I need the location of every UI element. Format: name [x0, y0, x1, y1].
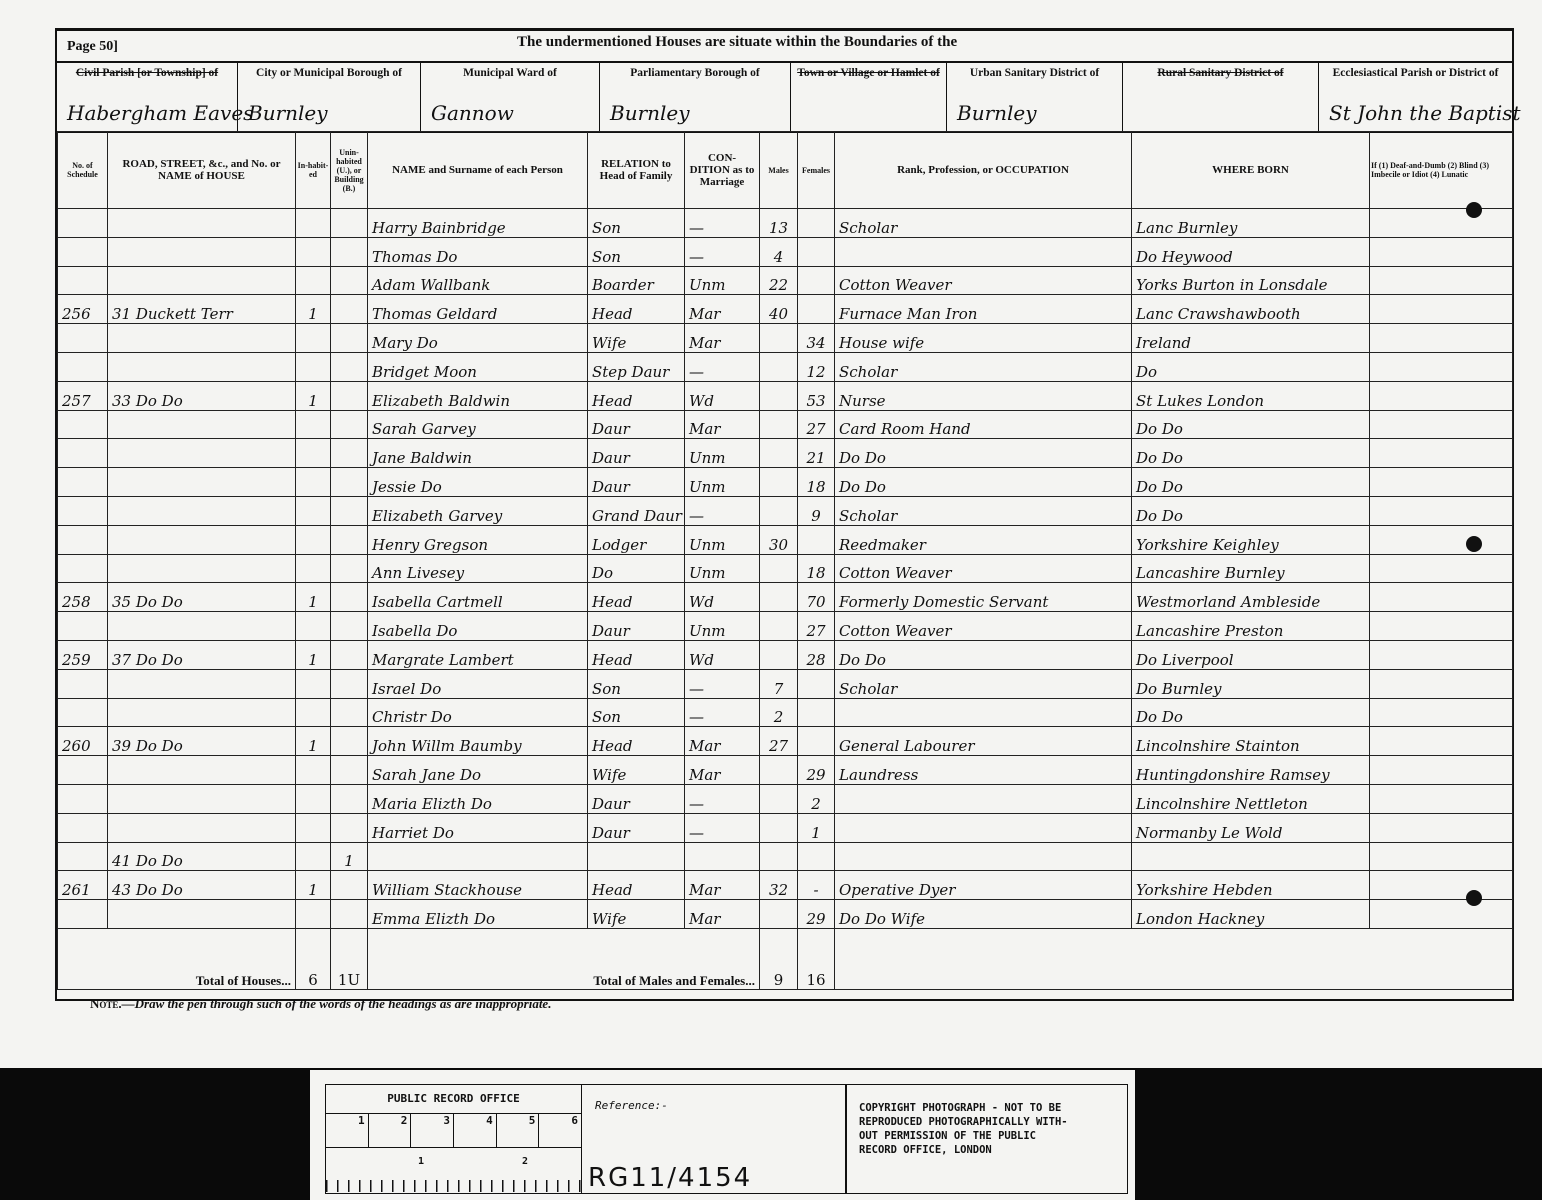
- ink-blot-icon: [1466, 202, 1482, 218]
- cell-schedule: 258: [58, 583, 108, 612]
- cell-person-name: [368, 842, 588, 871]
- cell-condition: Mar: [685, 756, 760, 785]
- cell-age-male: 2: [760, 698, 798, 727]
- cell-where-born: St Lukes London: [1132, 381, 1370, 410]
- cell-where-born: Do Heywood: [1132, 237, 1370, 266]
- cell-occupation: Do Do: [835, 468, 1132, 497]
- cell-age-male: [760, 612, 798, 641]
- cell-occupation: Scholar: [835, 352, 1132, 381]
- cell-relation: Head: [588, 583, 685, 612]
- cell-schedule: [58, 698, 108, 727]
- table-row: 26143 Do Do1William StackhouseHeadMar32-…: [58, 871, 1513, 900]
- cell-uninhabited: [331, 813, 368, 842]
- cell-schedule: [58, 496, 108, 525]
- scale-numbers: 1 2 3 4 5 6: [326, 1114, 581, 1148]
- cell-person-name: Emma Elizth Do: [368, 900, 588, 929]
- cell-person-name: Jane Baldwin: [368, 439, 588, 468]
- cell-age-female: -: [798, 871, 835, 900]
- cell-schedule: [58, 669, 108, 698]
- cell-where-born: Lanc Burnley: [1132, 209, 1370, 238]
- cell-schedule: [58, 439, 108, 468]
- ink-blot-icon: [1466, 890, 1482, 906]
- cell-age-male: [760, 410, 798, 439]
- cell-where-born: Do Do: [1132, 439, 1370, 468]
- cell-infirmity: [1370, 295, 1513, 324]
- cell-person-name: Mary Do: [368, 324, 588, 353]
- cell-schedule: 256: [58, 295, 108, 324]
- cell-age-female: 29: [798, 900, 835, 929]
- cell-where-born: London Hackney: [1132, 900, 1370, 929]
- col-inhabited: In-habit-ed: [296, 132, 331, 209]
- cell-where-born: Do Burnley: [1132, 669, 1370, 698]
- cell-infirmity: [1370, 813, 1513, 842]
- col-occupation: Rank, Profession, or OCCUPATION: [835, 132, 1132, 209]
- cell-inhabited: [296, 669, 331, 698]
- cell-occupation: Formerly Domestic Servant: [835, 583, 1132, 612]
- cell-uninhabited: [331, 381, 368, 410]
- table-row: 25733 Do Do1Elizabeth BaldwinHeadWd53Nur…: [58, 381, 1513, 410]
- cell-age-female: 18: [798, 468, 835, 497]
- cell-road: [108, 900, 296, 929]
- cell-relation: [588, 842, 685, 871]
- table-row: Sarah Jane DoWifeMar29LaundressHuntingdo…: [58, 756, 1513, 785]
- cell-condition: Mar: [685, 871, 760, 900]
- cell-age-female: [798, 669, 835, 698]
- cell-person-name: Ann Livesey: [368, 554, 588, 583]
- footnote: Note.—Draw the pen through such of the w…: [90, 996, 551, 1012]
- cell-age-male: [760, 381, 798, 410]
- cell-occupation: Scholar: [835, 209, 1132, 238]
- cell-age-male: [760, 900, 798, 929]
- cell-uninhabited: [331, 612, 368, 641]
- cell-inhabited: [296, 756, 331, 785]
- cell-infirmity: [1370, 871, 1513, 900]
- area-municipal-ward: Municipal Ward of Gannow: [421, 61, 600, 131]
- table-row: Israel DoSon—7ScholarDo Burnley: [58, 669, 1513, 698]
- cell-uninhabited: [331, 640, 368, 669]
- cell-age-male: [760, 813, 798, 842]
- cell-road: [108, 439, 296, 468]
- cell-uninhabited: [331, 900, 368, 929]
- cell-where-born: Do Do: [1132, 698, 1370, 727]
- total-males: 9: [760, 928, 798, 989]
- cell-inhabited: [296, 324, 331, 353]
- cell-uninhabited: [331, 525, 368, 554]
- ink-blot-icon: [1466, 536, 1482, 552]
- col-females: Females: [798, 132, 835, 209]
- cell-relation: Son: [588, 698, 685, 727]
- cell-infirmity: [1370, 727, 1513, 756]
- cell-uninhabited: [331, 468, 368, 497]
- area-urban-sanitary: Urban Sanitary District of Burnley: [947, 61, 1123, 131]
- col-males: Males: [760, 132, 798, 209]
- cell-condition: Mar: [685, 727, 760, 756]
- cell-where-born: Do: [1132, 352, 1370, 381]
- cell-infirmity: [1370, 496, 1513, 525]
- cell-person-name: Sarah Jane Do: [368, 756, 588, 785]
- cell-infirmity: [1370, 266, 1513, 295]
- cell-schedule: [58, 468, 108, 497]
- cell-inhabited: 1: [296, 295, 331, 324]
- cell-uninhabited: [331, 410, 368, 439]
- col-infirmity: If (1) Deaf-and-Dumb (2) Blind (3) Imbec…: [1370, 132, 1513, 209]
- cell-person-name: William Stackhouse: [368, 871, 588, 900]
- table-row: Isabella DoDaurUnm27Cotton WeaverLancash…: [58, 612, 1513, 641]
- total-houses-label: Total of Houses...: [58, 928, 296, 989]
- cell-relation: Son: [588, 669, 685, 698]
- table-row: Ann LiveseyDoUnm18Cotton WeaverLancashir…: [58, 554, 1513, 583]
- cell-schedule: [58, 612, 108, 641]
- cell-age-female: 2: [798, 784, 835, 813]
- cell-occupation: [835, 237, 1132, 266]
- cell-relation: Wife: [588, 324, 685, 353]
- cell-schedule: [58, 900, 108, 929]
- cell-where-born: Lanc Crawshawbooth: [1132, 295, 1370, 324]
- cell-uninhabited: [331, 209, 368, 238]
- cell-where-born: Westmorland Ambleside: [1132, 583, 1370, 612]
- cell-schedule: [58, 842, 108, 871]
- cell-schedule: 261: [58, 871, 108, 900]
- cell-occupation: Nurse: [835, 381, 1132, 410]
- page-number: Page 50]: [67, 39, 118, 55]
- table-row: 41 Do Do1: [58, 842, 1513, 871]
- cell-age-female: 21: [798, 439, 835, 468]
- table-row: Henry GregsonLodgerUnm30ReedmakerYorkshi…: [58, 525, 1513, 554]
- cell-where-born: Ireland: [1132, 324, 1370, 353]
- cell-infirmity: [1370, 842, 1513, 871]
- cell-road: [108, 756, 296, 785]
- cell-inhabited: 1: [296, 583, 331, 612]
- cell-age-female: 27: [798, 410, 835, 439]
- col-relation: RELATION to Head of Family: [588, 132, 685, 209]
- cell-person-name: Harry Bainbridge: [368, 209, 588, 238]
- cell-road: [108, 496, 296, 525]
- cell-uninhabited: [331, 583, 368, 612]
- cell-occupation: Scholar: [835, 669, 1132, 698]
- cell-where-born: Do Do: [1132, 468, 1370, 497]
- cell-uninhabited: 1: [331, 842, 368, 871]
- cell-condition: Wd: [685, 381, 760, 410]
- cell-inhabited: [296, 352, 331, 381]
- cell-occupation: Do Do: [835, 640, 1132, 669]
- ruler-scale: 1 2: [326, 1148, 581, 1192]
- cell-road: 35 Do Do: [108, 583, 296, 612]
- cell-inhabited: [296, 842, 331, 871]
- cell-person-name: Adam Wallbank: [368, 266, 588, 295]
- cell-uninhabited: [331, 237, 368, 266]
- cell-condition: Unm: [685, 554, 760, 583]
- cell-road: [108, 669, 296, 698]
- cell-age-male: 22: [760, 266, 798, 295]
- cell-uninhabited: [331, 496, 368, 525]
- cell-condition: Unm: [685, 612, 760, 641]
- cell-inhabited: 1: [296, 381, 331, 410]
- cell-infirmity: [1370, 468, 1513, 497]
- cell-inhabited: [296, 813, 331, 842]
- cell-condition: Wd: [685, 640, 760, 669]
- total-females: 16: [798, 928, 835, 989]
- copyright-notice: COPYRIGHT PHOTOGRAPH - NOT TO BE REPRODU…: [845, 1084, 1128, 1194]
- cell-age-male: 7: [760, 669, 798, 698]
- cell-age-female: 12: [798, 352, 835, 381]
- reference-box: Reference:- RG11/4154: [580, 1084, 846, 1194]
- cell-infirmity: [1370, 640, 1513, 669]
- cell-inhabited: [296, 237, 331, 266]
- cell-age-male: [760, 496, 798, 525]
- cell-inhabited: [296, 468, 331, 497]
- page-title: The undermentioned Houses are situate wi…: [517, 34, 957, 51]
- cell-age-female: [798, 295, 835, 324]
- cell-where-born: Normanby Le Wold: [1132, 813, 1370, 842]
- census-sheet: Page 50] The undermentioned Houses are s…: [55, 28, 1514, 1001]
- cell-person-name: Elizabeth Garvey: [368, 496, 588, 525]
- cell-person-name: John Willm Baumby: [368, 727, 588, 756]
- table-row: Adam WallbankBoarderUnm22Cotton WeaverYo…: [58, 266, 1513, 295]
- cell-person-name: Margrate Lambert: [368, 640, 588, 669]
- cell-occupation: House wife: [835, 324, 1132, 353]
- cell-road: [108, 554, 296, 583]
- table-row: Thomas DoSon—4Do Heywood: [58, 237, 1513, 266]
- table-row: Mary DoWifeMar34House wifeIreland: [58, 324, 1513, 353]
- cell-relation: Wife: [588, 756, 685, 785]
- cell-infirmity: [1370, 583, 1513, 612]
- table-header: No. of Schedule ROAD, STREET, &c., and N…: [58, 132, 1513, 209]
- cell-age-female: 1: [798, 813, 835, 842]
- cell-condition: [685, 842, 760, 871]
- table-row: Harriet DoDaur—1Normanby Le Wold: [58, 813, 1513, 842]
- col-name: NAME and Surname of each Person: [368, 132, 588, 209]
- cell-infirmity: [1370, 352, 1513, 381]
- cell-schedule: [58, 756, 108, 785]
- cell-relation: Wife: [588, 900, 685, 929]
- cell-road: 43 Do Do: [108, 871, 296, 900]
- cell-age-female: 70: [798, 583, 835, 612]
- cell-uninhabited: [331, 756, 368, 785]
- cell-uninhabited: [331, 727, 368, 756]
- cell-road: [108, 266, 296, 295]
- cell-inhabited: [296, 784, 331, 813]
- cell-age-female: 29: [798, 756, 835, 785]
- cell-infirmity: [1370, 612, 1513, 641]
- cell-age-female: 18: [798, 554, 835, 583]
- cell-where-born: Lincolnshire Nettleton: [1132, 784, 1370, 813]
- cell-inhabited: 1: [296, 640, 331, 669]
- cell-age-female: 27: [798, 612, 835, 641]
- cell-infirmity: [1370, 900, 1513, 929]
- cell-inhabited: [296, 209, 331, 238]
- cell-relation: Daur: [588, 468, 685, 497]
- cell-age-male: [760, 554, 798, 583]
- cell-occupation: Operative Dyer: [835, 871, 1132, 900]
- table-row: 25835 Do Do1Isabella CartmellHeadWd70For…: [58, 583, 1513, 612]
- cell-relation: Son: [588, 237, 685, 266]
- cell-age-male: [760, 468, 798, 497]
- table-row: 26039 Do Do1John Willm BaumbyHeadMar27Ge…: [58, 727, 1513, 756]
- cell-occupation: Cotton Weaver: [835, 612, 1132, 641]
- cell-occupation: Cotton Weaver: [835, 266, 1132, 295]
- public-record-office-box: PUBLIC RECORD OFFICE 1 2 3 4 5 6 1 2: [325, 1084, 582, 1194]
- cell-road: 39 Do Do: [108, 727, 296, 756]
- cell-age-male: [760, 439, 798, 468]
- cell-road: [108, 352, 296, 381]
- cell-condition: —: [685, 209, 760, 238]
- cell-condition: Unm: [685, 468, 760, 497]
- cell-condition: —: [685, 784, 760, 813]
- cell-where-born: Yorkshire Hebden: [1132, 871, 1370, 900]
- cell-schedule: [58, 525, 108, 554]
- cell-age-female: 28: [798, 640, 835, 669]
- cell-infirmity: [1370, 439, 1513, 468]
- area-ecclesiastical-parish: Ecclesiastical Parish or District of St …: [1319, 61, 1512, 131]
- cell-age-male: [760, 352, 798, 381]
- table-row: Maria Elizth DoDaur—2Lincolnshire Nettle…: [58, 784, 1513, 813]
- cell-condition: —: [685, 237, 760, 266]
- cell-relation: Do: [588, 554, 685, 583]
- table-row: Jessie DoDaurUnm18Do DoDo Do: [58, 468, 1513, 497]
- reference-number: RG11/4154: [588, 1163, 752, 1193]
- cell-infirmity: [1370, 525, 1513, 554]
- cell-where-born: Yorkshire Keighley: [1132, 525, 1370, 554]
- cell-schedule: [58, 784, 108, 813]
- total-persons-label: Total of Males and Females...: [368, 928, 760, 989]
- cell-road: 31 Duckett Terr: [108, 295, 296, 324]
- total-inhabited: 6: [296, 928, 331, 989]
- col-road: ROAD, STREET, &c., and No. or NAME of HO…: [108, 132, 296, 209]
- cell-age-female: [798, 727, 835, 756]
- cell-condition: Mar: [685, 295, 760, 324]
- cell-relation: Boarder: [588, 266, 685, 295]
- cell-person-name: Sarah Garvey: [368, 410, 588, 439]
- cell-age-female: [798, 237, 835, 266]
- cell-occupation: Card Room Hand: [835, 410, 1132, 439]
- col-schedule: No. of Schedule: [58, 132, 108, 209]
- cell-age-female: 9: [798, 496, 835, 525]
- cell-relation: Head: [588, 640, 685, 669]
- cell-schedule: [58, 352, 108, 381]
- cell-person-name: Israel Do: [368, 669, 588, 698]
- cell-infirmity: [1370, 324, 1513, 353]
- cell-uninhabited: [331, 324, 368, 353]
- cell-uninhabited: [331, 439, 368, 468]
- cell-relation: Daur: [588, 784, 685, 813]
- table-row: Emma Elizth DoWifeMar29Do Do WifeLondon …: [58, 900, 1513, 929]
- cell-condition: Mar: [685, 900, 760, 929]
- cell-age-male: 40: [760, 295, 798, 324]
- cell-where-born: Do Do: [1132, 496, 1370, 525]
- cell-relation: Lodger: [588, 525, 685, 554]
- col-condition: CON-DITION as to Marriage: [685, 132, 760, 209]
- cell-infirmity: [1370, 381, 1513, 410]
- cell-where-born: Do Liverpool: [1132, 640, 1370, 669]
- cell-road: 37 Do Do: [108, 640, 296, 669]
- cell-relation: Grand Daur: [588, 496, 685, 525]
- table-row: Sarah GarveyDaurMar27Card Room HandDo Do: [58, 410, 1513, 439]
- cell-inhabited: [296, 439, 331, 468]
- cell-uninhabited: [331, 669, 368, 698]
- cell-infirmity: [1370, 784, 1513, 813]
- cell-schedule: [58, 554, 108, 583]
- cell-inhabited: [296, 410, 331, 439]
- area-town-village: Town or Village or Hamlet of: [791, 61, 947, 131]
- cell-schedule: [58, 266, 108, 295]
- cell-relation: Head: [588, 295, 685, 324]
- cell-schedule: 257: [58, 381, 108, 410]
- table-row: Christr DoSon—2Do Do: [58, 698, 1513, 727]
- cell-road: [108, 209, 296, 238]
- table-row: Elizabeth GarveyGrand Daur—9ScholarDo Do: [58, 496, 1513, 525]
- table-row: 25631 Duckett Terr1Thomas GeldardHeadMar…: [58, 295, 1513, 324]
- cell-uninhabited: [331, 784, 368, 813]
- cell-occupation: Do Do Wife: [835, 900, 1132, 929]
- cell-person-name: Isabella Cartmell: [368, 583, 588, 612]
- cell-road: [108, 784, 296, 813]
- totals-row: Total of Houses... 6 1U Total of Males a…: [58, 928, 1513, 989]
- cell-age-male: 32: [760, 871, 798, 900]
- col-where-born: WHERE BORN: [1132, 132, 1370, 209]
- cell-infirmity: [1370, 669, 1513, 698]
- cell-where-born: Yorks Burton in Lonsdale: [1132, 266, 1370, 295]
- cell-uninhabited: [331, 871, 368, 900]
- cell-age-male: [760, 842, 798, 871]
- cell-uninhabited: [331, 698, 368, 727]
- cell-road: [108, 813, 296, 842]
- cell-occupation: Laundress: [835, 756, 1132, 785]
- cell-age-male: [760, 756, 798, 785]
- cell-age-male: 13: [760, 209, 798, 238]
- cell-occupation: Furnace Man Iron: [835, 295, 1132, 324]
- cell-occupation: Do Do: [835, 439, 1132, 468]
- cell-age-male: [760, 640, 798, 669]
- cell-road: 33 Do Do: [108, 381, 296, 410]
- census-table: No. of Schedule ROAD, STREET, &c., and N…: [57, 131, 1512, 990]
- cell-person-name: Henry Gregson: [368, 525, 588, 554]
- cell-age-male: [760, 784, 798, 813]
- cell-condition: —: [685, 352, 760, 381]
- cell-condition: Wd: [685, 583, 760, 612]
- archive-stamp: PUBLIC RECORD OFFICE 1 2 3 4 5 6 1 2 Ref…: [310, 1070, 1135, 1200]
- cell-inhabited: [296, 496, 331, 525]
- cell-age-male: 27: [760, 727, 798, 756]
- cell-relation: Daur: [588, 410, 685, 439]
- cell-person-name: Maria Elizth Do: [368, 784, 588, 813]
- cell-relation: Step Daur: [588, 352, 685, 381]
- cell-infirmity: [1370, 410, 1513, 439]
- col-uninhabited: Unin-habited (U.), or Building (B.): [331, 132, 368, 209]
- cell-road: [108, 324, 296, 353]
- cell-condition: Mar: [685, 410, 760, 439]
- cell-where-born: [1132, 842, 1370, 871]
- cell-road: [108, 698, 296, 727]
- cell-infirmity: [1370, 237, 1513, 266]
- cell-condition: —: [685, 813, 760, 842]
- cell-occupation: Cotton Weaver: [835, 554, 1132, 583]
- cell-condition: —: [685, 698, 760, 727]
- cell-relation: Head: [588, 727, 685, 756]
- cell-road: [108, 525, 296, 554]
- cell-where-born: Do Do: [1132, 410, 1370, 439]
- area-civil-parish: Civil Parish [or Township] of Habergham …: [57, 61, 238, 131]
- table-row: Jane BaldwinDaurUnm21Do DoDo Do: [58, 439, 1513, 468]
- cell-occupation: [835, 784, 1132, 813]
- cell-schedule: [58, 324, 108, 353]
- cell-schedule: 260: [58, 727, 108, 756]
- cell-relation: Son: [588, 209, 685, 238]
- cell-inhabited: 1: [296, 871, 331, 900]
- cell-uninhabited: [331, 295, 368, 324]
- cell-inhabited: [296, 525, 331, 554]
- cell-age-female: [798, 266, 835, 295]
- cell-schedule: [58, 237, 108, 266]
